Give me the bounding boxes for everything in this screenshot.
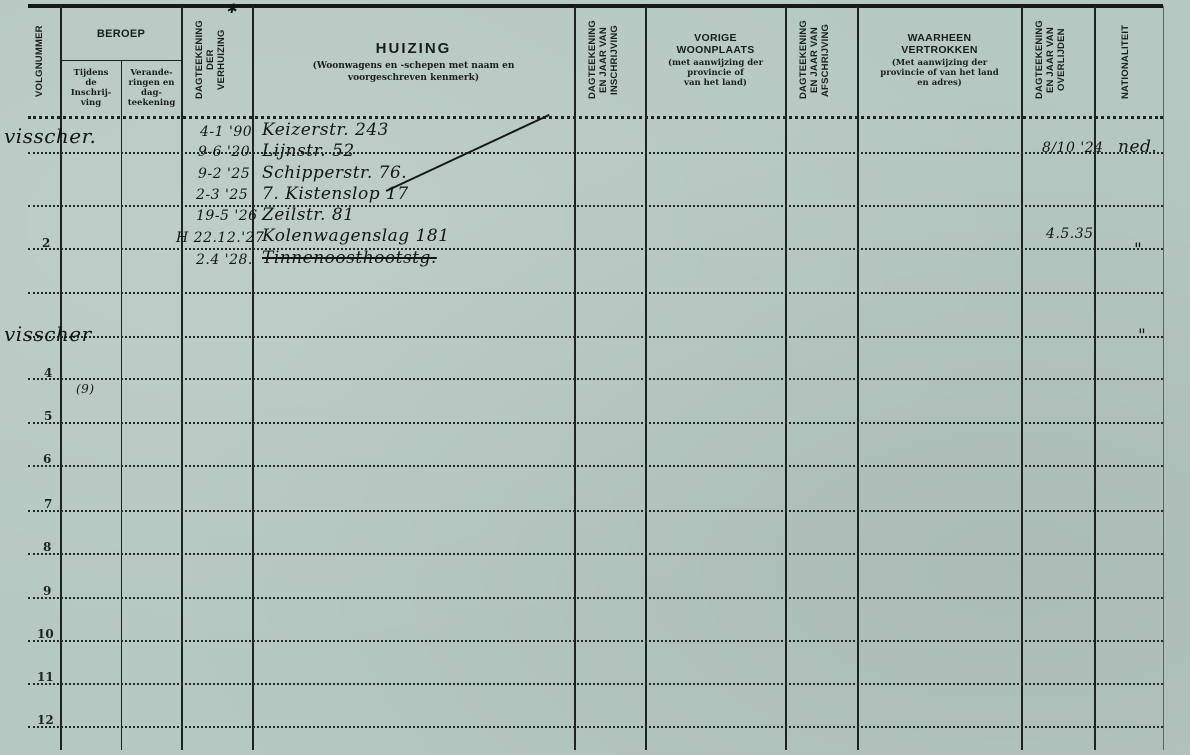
header-line: INSCHRIJVING xyxy=(609,25,620,95)
header-line: teekening xyxy=(122,98,181,108)
row-line xyxy=(28,683,1163,685)
header-dagteekening-overlijden: DAGTEEKENING EN JAAR VAN OVERLIJDEN xyxy=(1034,10,1080,110)
row-number: 8 xyxy=(43,540,51,554)
header-dagteekening-inschrijving: DAGTEEKENING EN JAAR VAN INSCHRIJVING xyxy=(587,10,633,110)
header-line: ving xyxy=(62,98,120,108)
header-line: (met aanwijzing der xyxy=(646,58,785,68)
header-huizing-subtitle: (Woonwagens en -schepen met naam en voor… xyxy=(253,60,574,84)
row-line xyxy=(28,465,1163,467)
row-line xyxy=(28,336,1163,338)
row-line xyxy=(28,640,1163,642)
header-line: AFSCHRIJVING xyxy=(820,23,831,96)
move-address: 7. Kistenslop 17 xyxy=(262,184,409,204)
header-beroep-veranderingen: Verande- ringen en dag- teekening xyxy=(122,68,181,108)
header-volgnummer: VOLGNUMMER xyxy=(34,14,54,109)
row-line xyxy=(28,378,1163,380)
header-huizing: HUIZING xyxy=(253,40,574,57)
nationaliteit-ditto: " xyxy=(1138,326,1146,346)
header-line: de xyxy=(62,78,120,88)
header-line: ringen en xyxy=(122,78,181,88)
header-line: Tijdens xyxy=(62,68,120,78)
header-line: provincie of xyxy=(646,68,785,78)
header-line: DAGTEEKENING xyxy=(194,21,205,100)
header-line: VERTROKKEN xyxy=(858,44,1021,56)
move-address: Schipperstr. 76. xyxy=(262,163,407,183)
row-number: 2 xyxy=(42,236,50,250)
header-waarheen-vertrokken: WAARHEEN VERTROKKEN xyxy=(858,32,1021,56)
header-waarheen-vertrokken-sub: (Met aanwijzing der provincie of van het… xyxy=(858,58,1021,88)
move-date: 9-6 '20 xyxy=(198,144,250,160)
header-line: EN JAAR VAN xyxy=(1045,27,1056,93)
handwritten-beroep: visscher. xyxy=(4,124,96,148)
move-date: 4-1 '90 xyxy=(200,124,252,140)
row-line xyxy=(28,248,1163,250)
row-number: 9 xyxy=(43,584,51,598)
header-line: (Met aanwijzing der xyxy=(858,58,1021,68)
handwritten-note: (9) xyxy=(76,382,95,396)
handwritten-beroep: visscher xyxy=(4,322,92,346)
beroep-subdivider xyxy=(61,60,182,61)
header-line: van het land) xyxy=(646,78,785,88)
register-card: VOLGNUMMER BEROEP Tijdens de Inschrij- v… xyxy=(0,0,1190,755)
header-line: EN JAAR VAN xyxy=(598,27,609,93)
header-line: provincie of van het land xyxy=(858,68,1021,78)
move-date: H 22.12.'27 xyxy=(176,230,264,246)
header-beroep-tijdens: Tijdens de Inschrij- ving xyxy=(62,68,120,108)
top-border xyxy=(28,4,1163,8)
header-line: EN JAAR VAN xyxy=(809,27,820,93)
row-line xyxy=(28,553,1163,555)
move-address: Zeilstr. 81 xyxy=(262,205,355,225)
move-date: 19-5 '26 xyxy=(196,208,258,224)
row-number: 4 xyxy=(44,366,52,380)
move-address: Kolenwagenslag 181 xyxy=(262,226,450,246)
header-divider xyxy=(28,116,1163,119)
row-line xyxy=(28,510,1163,512)
move-date: 9-2 '25 xyxy=(198,166,250,182)
header-line: WAARHEEN xyxy=(858,32,1021,44)
header-dagteekening-verhuizing: DAGTEEKENING DER VERHUIZING xyxy=(194,10,240,110)
overlijden-date: 4.5.35 xyxy=(1046,226,1094,242)
move-address: Keizerstr. 243 xyxy=(262,120,389,140)
header-dagteekening-afschrijving: DAGTEEKENING EN JAAR VAN AFSCHRIJVING xyxy=(798,10,844,110)
move-date: 2.4 '28. xyxy=(196,252,253,268)
header-line: VORIGE xyxy=(646,32,785,44)
header-line: DAGTEEKENING xyxy=(798,21,809,100)
move-address: Lijnstr. 52 xyxy=(262,141,355,161)
row-line xyxy=(28,292,1163,294)
header-line: VERHUIZING xyxy=(216,30,227,91)
header-nationaliteit: NATIONALITEIT xyxy=(1120,14,1140,109)
row-number: 7 xyxy=(44,497,52,511)
row-number: 10 xyxy=(37,627,54,641)
header-beroep: BEROEP xyxy=(61,28,181,40)
nationaliteit-value: ned. xyxy=(1118,137,1157,157)
header-line: en adres) xyxy=(858,78,1021,88)
row-number: 12 xyxy=(37,713,54,727)
header-line: (Woonwagens en -schepen met naam en xyxy=(253,60,574,72)
row-number: 11 xyxy=(37,670,54,684)
column-divider xyxy=(121,60,122,750)
row-number: 6 xyxy=(43,452,51,466)
header-line: Verande- xyxy=(122,68,181,78)
header-line: dag- xyxy=(122,88,181,98)
header-line: WOONPLAATS xyxy=(646,44,785,56)
move-date: 2-3 '25 xyxy=(196,187,248,203)
move-address-struck: Tinnenoosthootstg. xyxy=(262,248,437,268)
header-vorige-woonplaats: VORIGE WOONPLAATS xyxy=(646,32,785,56)
header-line: Inschrij- xyxy=(62,88,120,98)
row-line xyxy=(28,422,1163,424)
overlijden-date: 8/10 '24 xyxy=(1042,140,1104,156)
right-edge xyxy=(1163,6,1164,750)
row-line xyxy=(28,726,1163,728)
header-line: DAGTEEKENING xyxy=(587,21,598,100)
handwritten-mark: ✱ xyxy=(226,2,237,17)
row-line xyxy=(28,205,1163,207)
header-line: DAGTEEKENING xyxy=(1034,21,1045,100)
header-line: DER xyxy=(205,50,216,71)
header-vorige-woonplaats-sub: (met aanwijzing der provincie of van het… xyxy=(646,58,785,88)
header-line: OVERLIJDEN xyxy=(1056,29,1067,92)
row-line xyxy=(28,597,1163,599)
nationaliteit-ditto: " xyxy=(1134,240,1142,260)
header-line: voorgeschreven kenmerk) xyxy=(253,72,574,84)
row-number: 5 xyxy=(44,409,52,423)
